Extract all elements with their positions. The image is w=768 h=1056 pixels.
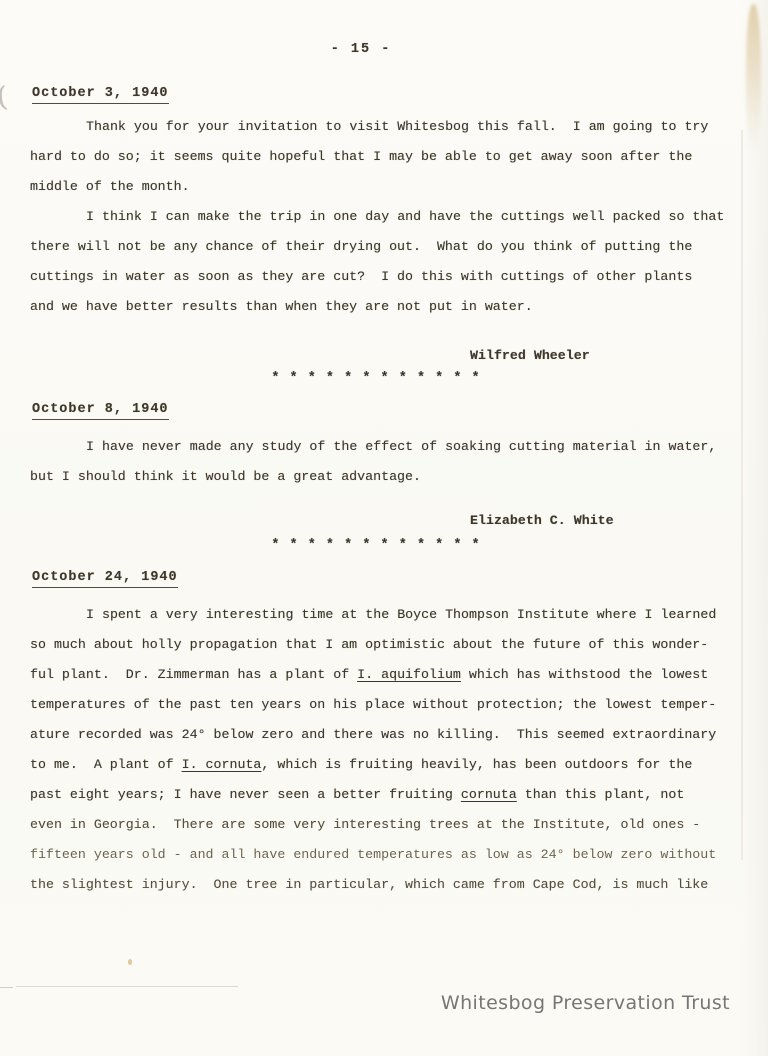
pencil-paren-mark: ( (0, 82, 9, 114)
typed-line: so much about holly propagation that I a… (30, 630, 748, 660)
letter-date-heading: October 8, 1940 (32, 402, 169, 417)
typed-line: I think I can make the trip in one day a… (30, 202, 748, 232)
scan-crease-line (0, 987, 13, 988)
asterisk-separator: * * * * * * * * * * * * (0, 538, 752, 553)
paragraph: Thank you for your invitation to visit W… (30, 112, 748, 202)
typed-line: middle of the month. (30, 172, 748, 202)
typed-line: past eight years; I have never seen a be… (30, 780, 748, 810)
typed-line: fifteen years old - and all have endured… (30, 840, 748, 870)
letter-date-heading: October 24, 1940 (32, 570, 178, 585)
letter-date-text: October 3, 1940 (32, 86, 169, 104)
typed-line: but I should think it would be a great a… (30, 462, 748, 492)
asterisk-separator: * * * * * * * * * * * * (0, 371, 752, 386)
typed-line: there will not be any chance of their dr… (30, 232, 748, 262)
typed-line: and we have better results than when the… (30, 292, 748, 322)
scanned-letter-page: ( - 15 - October 3, 1940 Thank you for y… (0, 0, 768, 1056)
paragraph: I spent a very interesting time at the B… (30, 600, 748, 900)
typed-line: even in Georgia. There are some very int… (30, 810, 748, 840)
typed-line: cuttings in water as soon as they are cu… (30, 262, 748, 292)
typed-line: I have never made any study of the effec… (30, 432, 748, 462)
signature-name: Wilfred Wheeler (470, 348, 590, 363)
typed-line: to me. A plant of I. cornuta, which is f… (30, 750, 748, 780)
paragraph: I have never made any study of the effec… (30, 432, 748, 492)
typed-line: Thank you for your invitation to visit W… (30, 112, 748, 142)
letter-date-text: October 8, 1940 (32, 402, 169, 420)
typed-line: ful plant. Dr. Zimmerman has a plant of … (30, 660, 748, 690)
paragraph: I think I can make the trip in one day a… (30, 202, 748, 322)
scan-speck (128, 959, 132, 965)
typed-line: I spent a very interesting time at the B… (30, 600, 748, 630)
typed-line: temperatures of the past ten years on hi… (30, 690, 748, 720)
letter-date-heading: October 3, 1940 (32, 86, 169, 101)
signature-name: Elizabeth C. White (470, 513, 614, 528)
page-number: - 15 - (0, 42, 722, 57)
letter-date-text: October 24, 1940 (32, 570, 178, 588)
typed-line: hard to do so; it seems quite hopeful th… (30, 142, 748, 172)
scan-crease-line (16, 986, 238, 987)
watermark-text: Whitesbog Preservation Trust (441, 992, 730, 1014)
typed-line: ature recorded was 24° below zero and th… (30, 720, 748, 750)
typed-line: the slightest injury. One tree in partic… (30, 870, 748, 900)
binding-smudge-artifact (746, 4, 761, 154)
